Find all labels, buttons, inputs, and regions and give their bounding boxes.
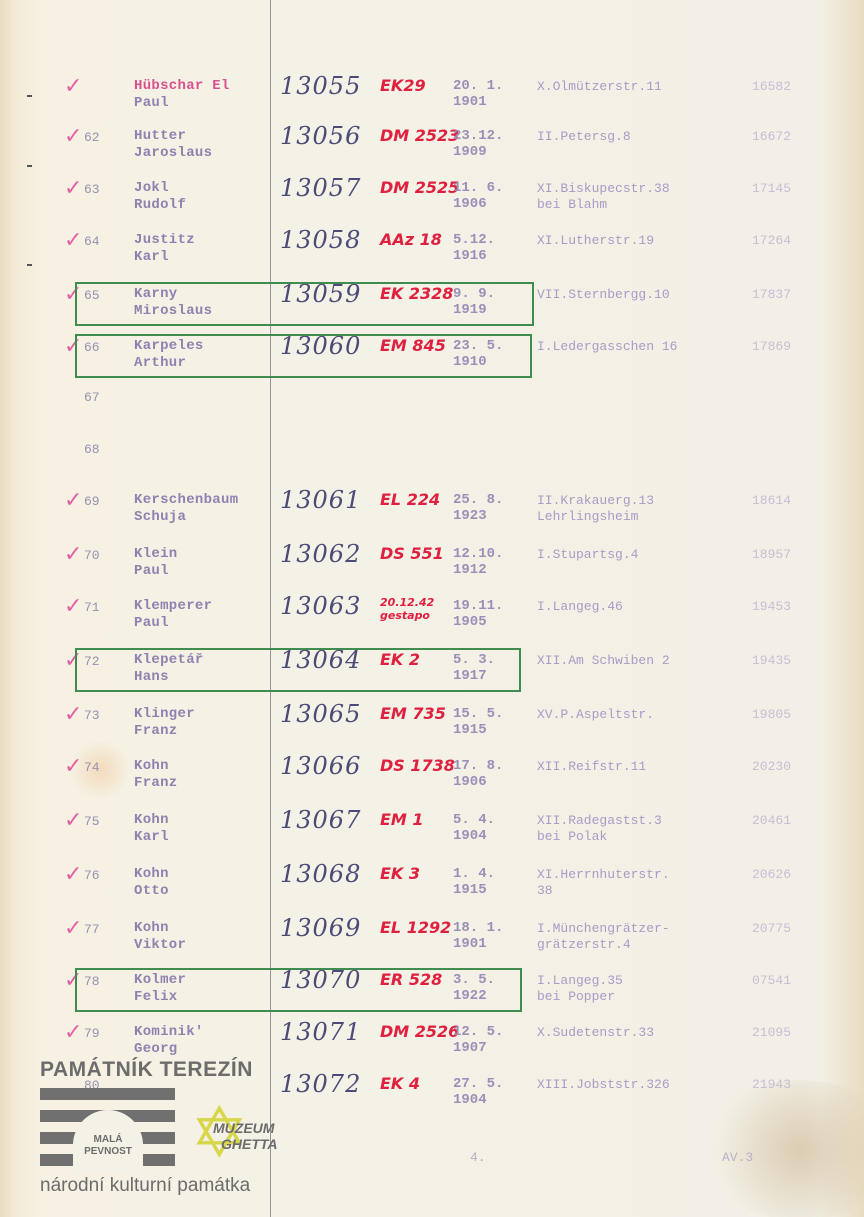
handwritten-number: 13055 bbox=[280, 72, 361, 100]
check-mark-icon: ✓ bbox=[64, 176, 82, 201]
reference-number: 18957 bbox=[752, 547, 791, 562]
handwritten-number: 13071 bbox=[280, 1018, 361, 1046]
address-line-1: XII.Radegastst.3 bbox=[537, 813, 662, 828]
surname: Kominik' bbox=[134, 1024, 204, 1040]
reference-number: 21095 bbox=[752, 1025, 791, 1040]
reference-number: 19805 bbox=[752, 707, 791, 722]
handwritten-number: 13065 bbox=[280, 700, 361, 728]
reference-number: 18614 bbox=[752, 493, 791, 508]
check-mark-icon: ✓ bbox=[64, 542, 82, 567]
reference-number: 20461 bbox=[752, 813, 791, 828]
birth-year: 1904 bbox=[453, 1092, 487, 1108]
address-line-2: Lehrlingsheim bbox=[537, 509, 638, 524]
red-annotation: DM 2523 bbox=[380, 126, 459, 145]
given-name: Karl bbox=[134, 829, 169, 845]
handwritten-number: 13063 bbox=[280, 592, 361, 620]
birth-date: 23.12. bbox=[453, 128, 503, 144]
highlight-box bbox=[75, 648, 521, 692]
row-number: 67 bbox=[84, 390, 100, 405]
row-number: 68 bbox=[84, 442, 100, 457]
logo-subtitle: národní kulturní památka bbox=[40, 1175, 300, 1197]
table-row: ✓78KolmerFelix13070ER 5283. 5.1922I.Lang… bbox=[0, 972, 864, 1018]
birth-date: 1. 4. bbox=[453, 866, 495, 882]
given-name: Jaroslaus bbox=[134, 145, 212, 161]
address-line-2: bei Blahm bbox=[537, 197, 607, 212]
highlight-box bbox=[75, 334, 532, 378]
watermark-logo: PAMÁTNÍK TEREZÍN MALÁ PEVNOST ✡ MUZEUM G… bbox=[40, 1058, 300, 1197]
table-row: ✓62HutterJaroslaus13056DM 252323.12.1909… bbox=[0, 128, 864, 174]
row-number: 77 bbox=[84, 922, 100, 937]
birth-date: 5. 4. bbox=[453, 812, 495, 828]
address-line-1: I.Langeg.35 bbox=[537, 973, 623, 988]
surname: Kohn bbox=[134, 758, 169, 774]
birth-date: 27. 5. bbox=[453, 1076, 503, 1092]
table-row: ✓75KohnKarl13067EM 15. 4.1904XII.Radegas… bbox=[0, 812, 864, 858]
birth-year: 1923 bbox=[453, 508, 487, 524]
birth-date: 18. 1. bbox=[453, 920, 503, 936]
page-number: 4. bbox=[470, 1150, 486, 1165]
logo-title: PAMÁTNÍK TEREZÍN bbox=[40, 1058, 300, 1082]
reference-number: 20775 bbox=[752, 921, 791, 936]
red-annotation: AAz 18 bbox=[380, 230, 442, 249]
handwritten-number: 13056 bbox=[280, 122, 361, 150]
surname: Klinger bbox=[134, 706, 195, 722]
address-line-1: XV.P.Aspeltstr. bbox=[537, 707, 654, 722]
reference-number: 19435 bbox=[752, 653, 791, 668]
birth-date: 17. 8. bbox=[453, 758, 503, 774]
surname: Hübschar El bbox=[134, 78, 230, 94]
table-row: ✓63JoklRudolf13057DM 252511. 6.1906XI.Bi… bbox=[0, 180, 864, 226]
red-annotation: EK 4 bbox=[380, 1074, 420, 1093]
address-line-2: bei Popper bbox=[537, 989, 615, 1004]
birth-date: 12. 5. bbox=[453, 1024, 503, 1040]
birth-date: 19.11. bbox=[453, 598, 503, 614]
handwritten-number: 13062 bbox=[280, 540, 361, 568]
handwritten-number: 13069 bbox=[280, 914, 361, 942]
surname: Kohn bbox=[134, 866, 169, 882]
surname: Kerschenbaum bbox=[134, 492, 238, 508]
page-code: AV.3 bbox=[722, 1150, 753, 1165]
check-mark-icon: ✓ bbox=[64, 488, 82, 513]
surname: Kohn bbox=[134, 812, 169, 828]
given-name: Rudolf bbox=[134, 197, 186, 213]
handwritten-number: 13067 bbox=[280, 806, 361, 834]
birth-date: 15. 5. bbox=[453, 706, 503, 722]
address-line-1: XII.Reifstr.11 bbox=[537, 759, 646, 774]
surname: Jokl bbox=[134, 180, 169, 196]
reference-number: 19453 bbox=[752, 599, 791, 614]
red-annotation: EM 735 bbox=[380, 704, 446, 723]
reference-number: 17264 bbox=[752, 233, 791, 248]
given-name: Otto bbox=[134, 883, 169, 899]
row-number: 64 bbox=[84, 234, 100, 249]
given-name: Schuja bbox=[134, 509, 186, 525]
birth-year: 1905 bbox=[453, 614, 487, 630]
red-annotation: EK 3 bbox=[380, 864, 420, 883]
address-line-1: I.Münchengrätzer- bbox=[537, 921, 670, 936]
address-line-1: XIII.Jobststr.326 bbox=[537, 1077, 670, 1092]
handwritten-number: 13068 bbox=[280, 860, 361, 888]
check-mark-icon: ✓ bbox=[64, 916, 82, 941]
birth-date: 5.12. bbox=[453, 232, 495, 248]
check-mark-icon: ✓ bbox=[64, 862, 82, 887]
check-mark-icon: ✓ bbox=[64, 808, 82, 833]
given-name: Georg bbox=[134, 1041, 178, 1057]
address-line-1: XI.Biskupecstr.38 bbox=[537, 181, 670, 196]
table-row: ✓71KlempererPaul1306320.12.42 gestapo19.… bbox=[0, 598, 864, 644]
address-line-1: II.Petersg.8 bbox=[537, 129, 631, 144]
table-row: 68 bbox=[0, 440, 864, 486]
reference-number: 16672 bbox=[752, 129, 791, 144]
address-line-1: VII.Sternbergg.10 bbox=[537, 287, 670, 302]
reference-number: 20230 bbox=[752, 759, 791, 774]
handwritten-number: 13066 bbox=[280, 752, 361, 780]
check-mark-icon: ✓ bbox=[64, 754, 82, 779]
museum-label: MUZEUM GHETTA bbox=[213, 1120, 278, 1152]
address-line-1: I.Stupartsg.4 bbox=[537, 547, 638, 562]
birth-year: 1915 bbox=[453, 882, 487, 898]
reference-number: 17145 bbox=[752, 181, 791, 196]
row-number: 76 bbox=[84, 868, 100, 883]
check-mark-icon: ✓ bbox=[64, 1020, 82, 1045]
given-name: Paul bbox=[134, 95, 169, 111]
table-row: ✓72KlepetářHans13064EK 25. 3.1917XII.Am … bbox=[0, 652, 864, 698]
red-annotation: DS 551 bbox=[380, 544, 444, 563]
birth-year: 1906 bbox=[453, 196, 487, 212]
table-row: ✓65KarnyMiroslaus13059EK 23289. 9.1919VI… bbox=[0, 286, 864, 332]
handwritten-number: 13058 bbox=[280, 226, 361, 254]
surname: Kohn bbox=[134, 920, 169, 936]
row-number: 69 bbox=[84, 494, 100, 509]
address-line-1: I.Langeg.46 bbox=[537, 599, 623, 614]
row-number: 73 bbox=[84, 708, 100, 723]
birth-year: 1915 bbox=[453, 722, 487, 738]
table-row: ✓64JustitzKarl13058AAz 185.12.1916XI.Lut… bbox=[0, 232, 864, 278]
given-name: Franz bbox=[134, 775, 178, 791]
row-number: 74 bbox=[84, 760, 100, 775]
row-number: 75 bbox=[84, 814, 100, 829]
given-name: Viktor bbox=[134, 937, 186, 953]
address-line-1: X.Olmützerstr.11 bbox=[537, 79, 662, 94]
highlight-box bbox=[75, 282, 534, 326]
address-line-1: XII.Am Schwiben 2 bbox=[537, 653, 670, 668]
table-row: ✓77KohnViktor13069EL 129218. 1.1901I.Mün… bbox=[0, 920, 864, 966]
birth-year: 1912 bbox=[453, 562, 487, 578]
check-mark-icon: ✓ bbox=[64, 702, 82, 727]
address-line-1: II.Krakauerg.13 bbox=[537, 493, 654, 508]
row-number: 71 bbox=[84, 600, 100, 615]
birth-year: 1907 bbox=[453, 1040, 487, 1056]
check-mark-icon: ✓ bbox=[64, 74, 82, 99]
birth-year: 1901 bbox=[453, 936, 487, 952]
birth-year: 1901 bbox=[453, 94, 487, 110]
surname: Klein bbox=[134, 546, 178, 562]
given-name: Paul bbox=[134, 615, 169, 631]
address-line-2: grätzerstr.4 bbox=[537, 937, 631, 952]
surname: Hutter bbox=[134, 128, 186, 144]
table-row: ✓69KerschenbaumSchuja13061EL 22425. 8.19… bbox=[0, 492, 864, 538]
address-line-1: X.Sudetenstr.33 bbox=[537, 1025, 654, 1040]
reference-number: 20626 bbox=[752, 867, 791, 882]
fortress-icon: MALÁ PEVNOST bbox=[40, 1088, 175, 1166]
check-mark-icon: ✓ bbox=[64, 124, 82, 149]
row-number: 70 bbox=[84, 548, 100, 563]
reference-number: 16582 bbox=[752, 79, 791, 94]
given-name: Karl bbox=[134, 249, 169, 265]
address-line-1: XI.Lutherstr.19 bbox=[537, 233, 654, 248]
check-mark-icon: ✓ bbox=[64, 228, 82, 253]
red-annotation: 20.12.42 gestapo bbox=[380, 596, 450, 622]
birth-year: 1916 bbox=[453, 248, 487, 264]
table-row: ✓70KleinPaul13062DS 55112.10.1912I.Stupa… bbox=[0, 546, 864, 592]
table-row: ✓76KohnOtto13068EK 31. 4.1915XI.Herrnhut… bbox=[0, 866, 864, 912]
row-number: 63 bbox=[84, 182, 100, 197]
birth-year: 1906 bbox=[453, 774, 487, 790]
red-annotation: EL 224 bbox=[380, 490, 440, 509]
address-line-1: I.Ledergasschen 16 bbox=[537, 339, 677, 354]
given-name: Paul bbox=[134, 563, 169, 579]
handwritten-number: 13057 bbox=[280, 174, 361, 202]
handwritten-number: 13061 bbox=[280, 486, 361, 514]
surname: Justitz bbox=[134, 232, 195, 248]
table-row: 67 bbox=[0, 388, 864, 434]
reference-number: 07541 bbox=[752, 973, 791, 988]
table-row: ✓66KarpelesArthur13060EM 84523. 5.1910I.… bbox=[0, 338, 864, 384]
red-annotation: DS 1738 bbox=[380, 756, 455, 775]
birth-year: 1909 bbox=[453, 144, 487, 160]
given-name: Franz bbox=[134, 723, 178, 739]
birth-date: 25. 8. bbox=[453, 492, 503, 508]
birth-date: 20. 1. bbox=[453, 78, 503, 94]
row-number: 79 bbox=[84, 1026, 100, 1041]
reference-number: 17837 bbox=[752, 287, 791, 302]
surname: Klemperer bbox=[134, 598, 212, 614]
reference-number: 17869 bbox=[752, 339, 791, 354]
birth-date: 11. 6. bbox=[453, 180, 503, 196]
highlight-box bbox=[75, 968, 522, 1012]
address-line-2: bei Polak bbox=[537, 829, 607, 844]
birth-date: 12.10. bbox=[453, 546, 503, 562]
red-annotation: EL 1292 bbox=[380, 918, 451, 937]
check-mark-icon: ✓ bbox=[64, 594, 82, 619]
red-annotation: EM 1 bbox=[380, 810, 424, 829]
table-row: ✓74KohnFranz13066DS 173817. 8.1906XII.Re… bbox=[0, 758, 864, 804]
row-number: 62 bbox=[84, 130, 100, 145]
table-row: ✓Hübschar ElPaul13055EK2920. 1.1901X.Olm… bbox=[0, 78, 864, 124]
birth-year: 1904 bbox=[453, 828, 487, 844]
table-row: ✓73KlingerFranz13065EM 73515. 5.1915XV.P… bbox=[0, 706, 864, 752]
document-page: ✓Hübschar ElPaul13055EK2920. 1.1901X.Olm… bbox=[0, 0, 864, 1217]
address-line-2: 38 bbox=[537, 883, 553, 898]
red-annotation: EK29 bbox=[380, 76, 426, 95]
red-annotation: DM 2526 bbox=[380, 1022, 459, 1041]
red-annotation: DM 2525 bbox=[380, 178, 459, 197]
reference-number: 21943 bbox=[752, 1077, 791, 1092]
address-line-1: XI.Herrnhuterstr. bbox=[537, 867, 670, 882]
